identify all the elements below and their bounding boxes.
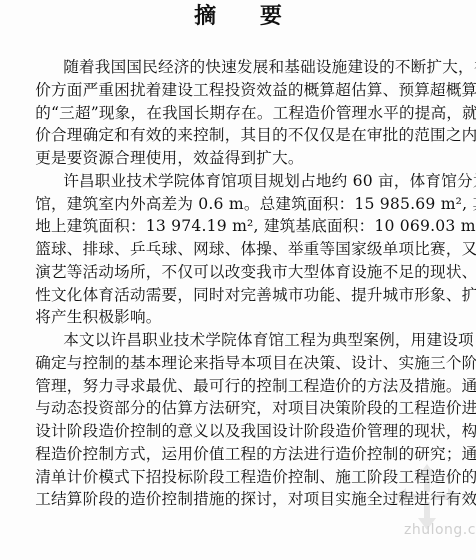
text-line: 本文以许昌职业技术学院体育馆工程为典型案例，用建设项目工程造价的: [4, 329, 474, 352]
text-line: 的“三超”现象，在我国长期存在。工程造价管理水平的提高，就是对工程造: [4, 102, 474, 125]
page-title: 摘 要: [0, 2, 476, 32]
text-line: 价方面严重困扰着建设工程投资效益的概算超估算、预算超概算、决算超预算: [4, 79, 474, 102]
text-line: 确定与控制的基本理论来指导本项目在决策、设计、实施三个阶段工程造价的: [4, 352, 474, 375]
paragraph-2: 许昌职业技术学院体育馆项目规划占地约 60 亩，体育馆分为主馆和训练 馆，建筑室…: [4, 170, 474, 329]
text-line: 价合理确定和有效的来控制，其目的不仅仅是在审批的范围之内进行项目建设，: [4, 124, 474, 147]
text-line: 设计阶段造价控制的意义以及我国设计阶段造价管理的现状，构建设计阶段工: [4, 420, 474, 443]
text-line: 与动态投资部分的估算方法研究，对项目决策阶段的工程造价进行控制；分析: [4, 397, 474, 420]
text-line: 地上建筑面积：13 974.19 m², 建筑基底面积：10 069.03 m²…: [4, 215, 474, 238]
abstract-body: 随着我国国民经济的快速发展和基础设施建设的不断扩大，在建设工程造 价方面严重困扰…: [4, 56, 474, 511]
text-line: 将产生积极影响。: [4, 306, 474, 329]
text-line: 管理，努力寻求最优、最可行的控制工程造价的方法及措施。通过对静态投资: [4, 375, 474, 398]
text-line: 更是要资源合理使用，效益得到扩大。: [4, 147, 474, 170]
document-page: 摘 要 随着我国国民经济的快速发展和基础设施建设的不断扩大，在建设工程造 价方面…: [0, 0, 476, 560]
paragraph-1: 随着我国国民经济的快速发展和基础设施建设的不断扩大，在建设工程造 价方面严重困扰…: [4, 56, 474, 170]
watermark-text: zhulong.com: [404, 522, 476, 538]
text-line: 篮球、排球、乒乓球、网球、体操、举重等国家级单项比赛，又可作为会展、: [4, 238, 474, 261]
text-line: 许昌职业技术学院体育馆项目规划占地约 60 亩，体育馆分为主馆和训练: [4, 170, 474, 193]
text-line: 性文化体育活动需要，同时对完善城市功能、提升城市形象、扩大对外开放也: [4, 284, 474, 307]
text-line: 随着我国国民经济的快速发展和基础设施建设的不断扩大，在建设工程造: [4, 56, 474, 79]
text-line: 馆，建筑室内外高差为 0.6 m。总建筑面积：15 985.69 m², 其中地…: [4, 193, 474, 216]
text-line: 演艺等活动场所，不仅可以改变我市大型体育设施不足的现状、满足全市群众: [4, 261, 474, 284]
